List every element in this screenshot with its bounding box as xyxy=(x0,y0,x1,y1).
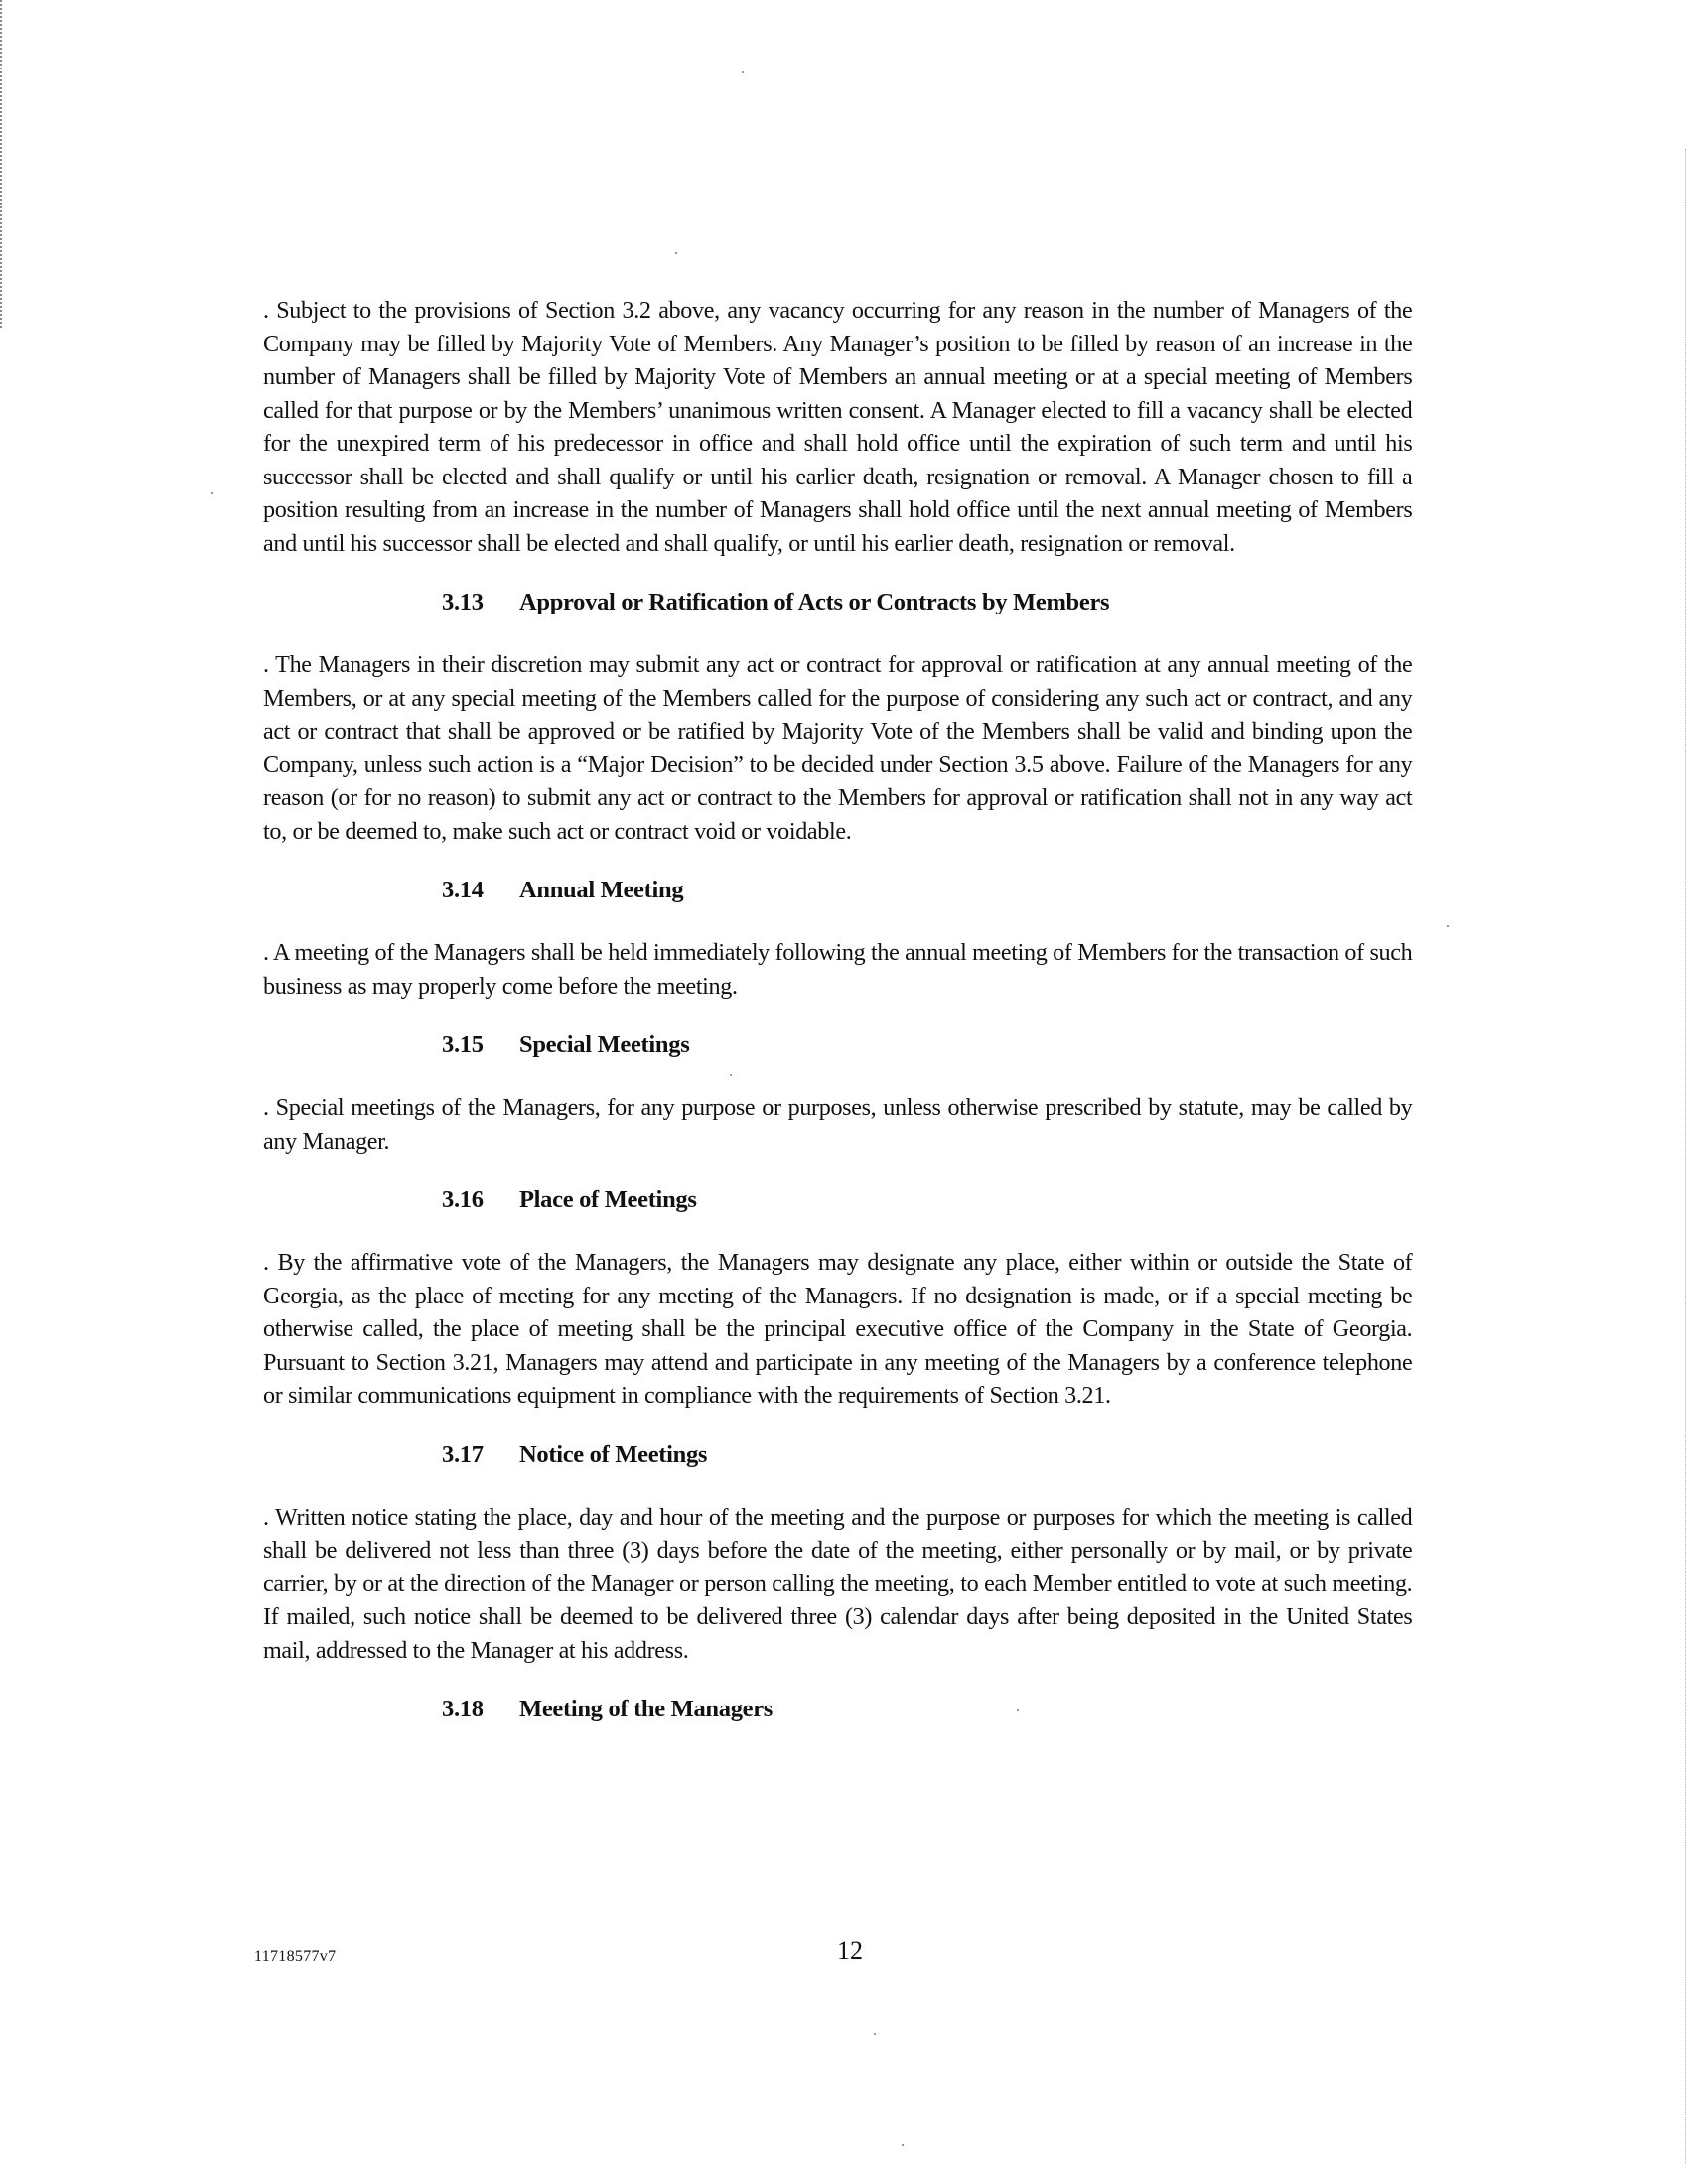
scan-speck xyxy=(1447,925,1449,927)
section-number: 3.17 xyxy=(442,1438,519,1471)
intro-paragraph: . Subject to the provisions of Section 3… xyxy=(263,294,1412,560)
section-heading-3-15: 3.15 Special Meetings xyxy=(263,1028,1430,1061)
section-number: 3.15 xyxy=(442,1028,519,1061)
scan-speck xyxy=(742,71,744,73)
scan-speck xyxy=(902,2144,904,2146)
scan-speck xyxy=(675,252,677,254)
section-title: Approval or Ratification of Acts or Cont… xyxy=(519,586,1109,618)
section-body-3-15: . Special meetings of the Managers, for … xyxy=(263,1091,1412,1158)
scan-speck xyxy=(211,492,213,494)
section-title: Notice of Meetings xyxy=(519,1438,707,1471)
section-heading-3-13: 3.13 Approval or Ratification of Acts or… xyxy=(263,586,1430,618)
section-heading-3-18: 3.18 Meeting of the Managers xyxy=(263,1693,1430,1725)
scan-edge-left xyxy=(0,0,5,328)
section-title: Annual Meeting xyxy=(519,874,683,906)
scan-speck xyxy=(874,2033,876,2035)
section-number: 3.14 xyxy=(442,874,519,906)
section-number: 3.13 xyxy=(442,586,519,618)
section-title: Meeting of the Managers xyxy=(519,1693,773,1725)
page-number: 12 xyxy=(837,1936,863,1966)
section-number: 3.18 xyxy=(442,1693,519,1725)
section-body-3-16: . By the affirmative vote of the Manager… xyxy=(263,1246,1412,1413)
scan-edge-right xyxy=(1683,149,1686,2164)
document-id: 11718577v7 xyxy=(254,1948,336,1966)
section-heading-3-16: 3.16 Place of Meetings xyxy=(263,1183,1430,1216)
section-heading-3-14: 3.14 Annual Meeting xyxy=(263,874,1430,906)
section-body-3-17: . Written notice stating the place, day … xyxy=(263,1501,1412,1668)
section-title: Special Meetings xyxy=(519,1028,689,1061)
section-body-3-14: . A meeting of the Managers shall be hel… xyxy=(263,936,1412,1003)
section-body-3-13: . The Managers in their discretion may s… xyxy=(263,648,1412,848)
document-page: . Subject to the provisions of Section 3… xyxy=(263,294,1430,1725)
section-heading-3-17: 3.17 Notice of Meetings xyxy=(263,1438,1430,1471)
section-title: Place of Meetings xyxy=(519,1183,697,1216)
section-number: 3.16 xyxy=(442,1183,519,1216)
